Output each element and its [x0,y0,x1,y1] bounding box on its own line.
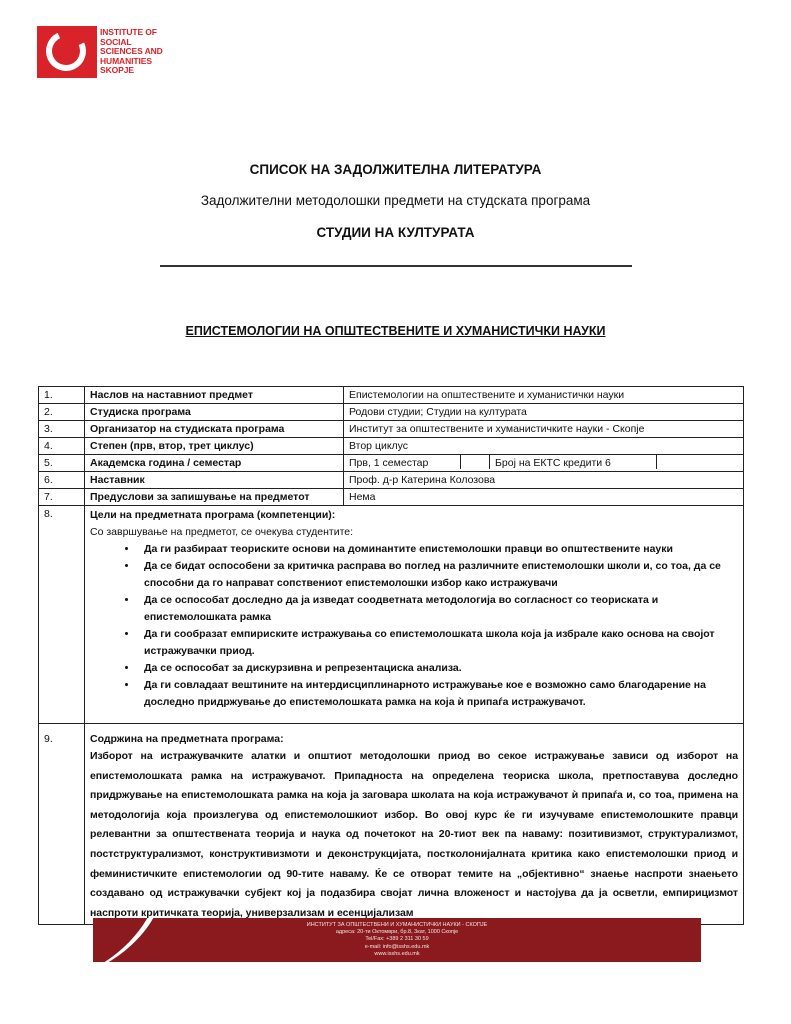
footer-website: www.isshs.edu.mk [93,951,701,958]
empty-cell [461,455,490,469]
institute-name: INSTITUTE OF SOCIAL SCIENCES AND HUMANIT… [100,28,163,76]
goal-item: Да ги совладаат вештините на интердисцип… [138,677,738,711]
ects-credits: Број на ЕКТС кредити 6 [490,455,657,469]
row-label: Организатор на студиската програма [85,421,344,438]
goal-item: Да се оспособат за дискурзивна и репрезе… [138,660,738,677]
row-number: 3. [39,421,85,438]
row-value: Нема [344,489,744,506]
content-text: Изборот на истражувачките алатки и општи… [90,747,738,923]
row-number: 5. [39,455,85,472]
row-label: Студиска програма [85,404,344,421]
table-row-goals: 8. Цели на предметната програма (компете… [39,506,744,724]
institute-logo [37,26,97,78]
goals-cell: Цели на предметната програма (компетенци… [85,506,744,724]
table-row: 4. Степен (прв, втор, трет циклус) Втор … [39,438,744,455]
goal-item: Да ги разбираат теориските основи на дом… [138,541,738,558]
footer-contact: ИНСТИТУТ ЗА ОПШТЕСТВЕНИ И ХУМАНИСТИЧКИ Н… [93,922,701,958]
table-row: 6. Наставник Проф. д-р Катерина Колозова [39,472,744,489]
row-number: 8. [39,506,85,724]
document-subtitle: Задолжителни методолошки предмети на сту… [0,193,791,208]
goal-item: Да ги сообразат емпириските истражувања … [138,626,738,660]
row-value: Родови студии; Студии на културата [344,404,744,421]
row-number: 6. [39,472,85,489]
course-info-table: 1. Наслов на наставниот предмет Епистемо… [38,386,744,925]
table-row: 7. Предуслови за запишување на предметот… [39,489,744,506]
row-label: Наслов на наставниот предмет [85,387,344,404]
table-row: 5. Академска година / семестар Прв, 1 се… [39,455,744,472]
goals-intro: Со завршување на предметот, се очекува с… [90,524,738,541]
row-number: 2. [39,404,85,421]
semester-value: Прв, 1 семестар [344,455,461,469]
empty-cell [657,455,667,469]
row-label: Предуслови за запишување на предметот [85,489,344,506]
row-value: Проф. д-р Катерина Колозова [344,472,744,489]
row-value: Прв, 1 семестар Број на ЕКТС кредити 6 [344,455,744,472]
row-value: Епистемологии на општествените и хуманис… [344,387,744,404]
footer-phone: Tel/Fax: +389 2 311 30 59 [93,936,701,943]
course-title: ЕПИСТЕМОЛОГИИ НА ОПШТЕСТВЕНИТЕ И ХУМАНИС… [0,324,791,338]
goals-list: Да ги разбираат теориските основи на дом… [90,541,738,711]
program-name: СТУДИИ НА КУЛТУРАТА [0,225,791,240]
footer-address: адреса: 20-ти Октомври, бр.8, 3кат, 1000… [93,929,701,936]
logo-ring-icon [37,26,97,78]
content-heading: Содржина на предметната програма: [90,732,738,747]
footer-email: e-mail: info@isshs.edu.mk [93,944,701,951]
table-row: 3. Организатор на студиската програма Ин… [39,421,744,438]
table-row-content: 9. Содржина на предметната програма: Изб… [39,724,744,925]
document-title: СПИСОК НА ЗАДОЛЖИТЕЛНА ЛИТЕРАТУРА [0,162,791,177]
row-value: Институт за општествените и хуманистички… [344,421,744,438]
row-value: Втор циклус [344,438,744,455]
table-row: 2. Студиска програма Родови студии; Студ… [39,404,744,421]
row-number: 1. [39,387,85,404]
horizontal-divider [160,265,632,267]
content-cell: Содржина на предметната програма: Изборо… [85,724,744,925]
footer-banner: ИНСТИТУТ ЗА ОПШТЕСТВЕНИ И ХУМАНИСТИЧКИ Н… [93,918,701,962]
footer-institute: ИНСТИТУТ ЗА ОПШТЕСТВЕНИ И ХУМАНИСТИЧКИ Н… [93,922,701,929]
goal-item: Да се бидат оспособени за критичка распр… [138,558,738,592]
goal-item: Да се оспособат доследно да ја изведат с… [138,592,738,626]
row-number: 9. [39,724,85,925]
goals-heading: Цели на предметната програма (компетенци… [90,507,738,524]
row-label: Степен (прв, втор, трет циклус) [85,438,344,455]
row-label: Наставник [85,472,344,489]
table-row: 1. Наслов на наставниот предмет Епистемо… [39,387,744,404]
logo-line: SKOPJE [100,66,163,76]
row-number: 4. [39,438,85,455]
row-number: 7. [39,489,85,506]
row-label: Академска година / семестар [85,455,344,472]
